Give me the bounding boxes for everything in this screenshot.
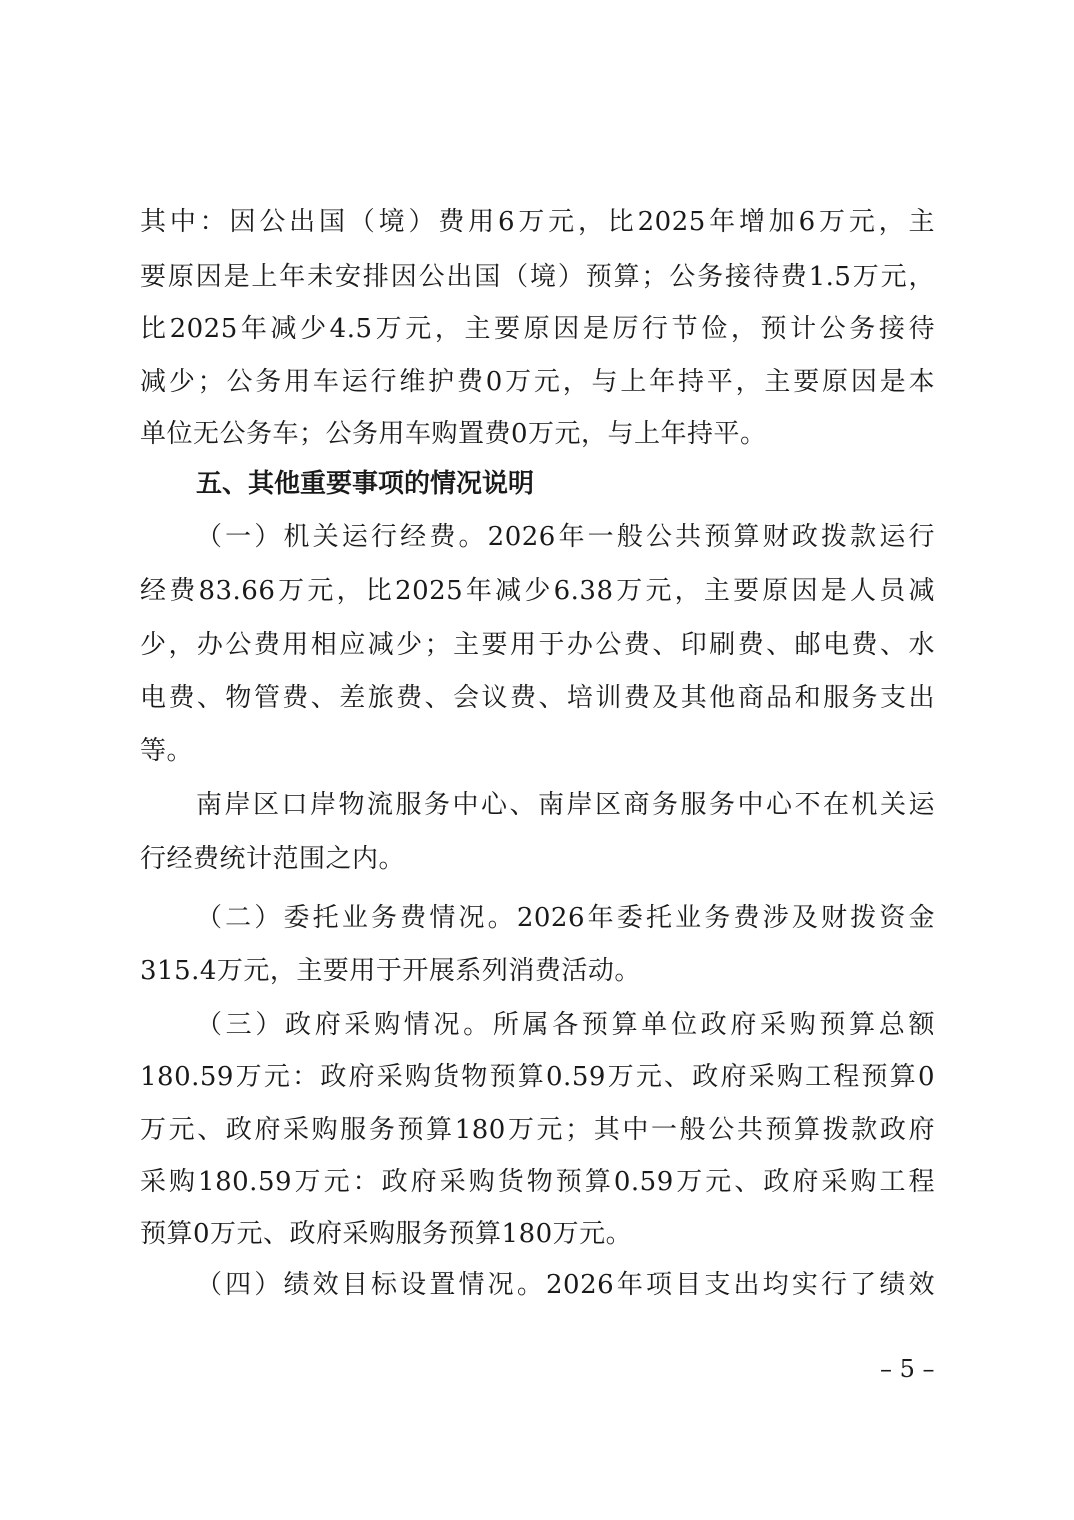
paragraph-line: （四）绩效目标设置情况。2026年项目支出均实行了绩效 [196, 1267, 935, 1303]
paragraph-line: 减少；公务用车运行维护费0万元，与上年持平，主要原因是本 [140, 364, 935, 400]
paragraph-line: 少，办公费用相应减少；主要用于办公费、印刷费、邮电费、水 [140, 627, 935, 663]
paragraph-line: 南岸区口岸物流服务中心、南岸区商务服务中心不在机关运 [196, 787, 935, 823]
paragraph-line: 采购180.59万元：政府采购货物预算0.59万元、政府采购工程 [140, 1164, 935, 1200]
paragraph-line: 180.59万元：政府采购货物预算0.59万元、政府采购工程预算0 [140, 1059, 935, 1095]
paragraph-line: 其中：因公出国（境）费用6万元，比2025年增加6万元，主 [140, 204, 935, 240]
paragraph-line: 等。 [140, 733, 935, 769]
paragraph-line: （二）委托业务费情况。2026年委托业务费涉及财拨资金 [196, 900, 935, 936]
page-number: – 5 – [880, 1354, 935, 1384]
paragraph-line: 电费、物管费、差旅费、会议费、培训费及其他商品和服务支出 [140, 680, 935, 716]
paragraph-line: 预算0万元、政府采购服务预算180万元。 [140, 1216, 935, 1252]
paragraph-line: 315.4万元，主要用于开展系列消费活动。 [140, 953, 935, 989]
paragraph-line: 万元、政府采购服务预算180万元；其中一般公共预算拨款政府 [140, 1112, 935, 1148]
section-heading: 五、其他重要事项的情况说明 [196, 466, 534, 502]
paragraph-line: 经费83.66万元，比2025年减少6.38万元，主要原因是人员减 [140, 573, 935, 609]
document-page: 其中：因公出国（境）费用6万元，比2025年增加6万元，主 要原因是上年未安排因… [0, 0, 1074, 1520]
paragraph-line: 比2025年减少4.5万元，主要原因是厉行节俭，预计公务接待 [140, 311, 935, 347]
paragraph-line: （一）机关运行经费。2026年一般公共预算财政拨款运行 [196, 519, 935, 555]
paragraph-line: 行经费统计范围之内。 [140, 841, 935, 877]
paragraph-line: （三）政府采购情况。所属各预算单位政府采购预算总额 [196, 1007, 935, 1043]
paragraph-line: 单位无公务车；公务用车购置费0万元，与上年持平。 [140, 416, 935, 452]
paragraph-line: 要原因是上年未安排因公出国（境）预算；公务接待费1.5万元， [140, 259, 935, 295]
